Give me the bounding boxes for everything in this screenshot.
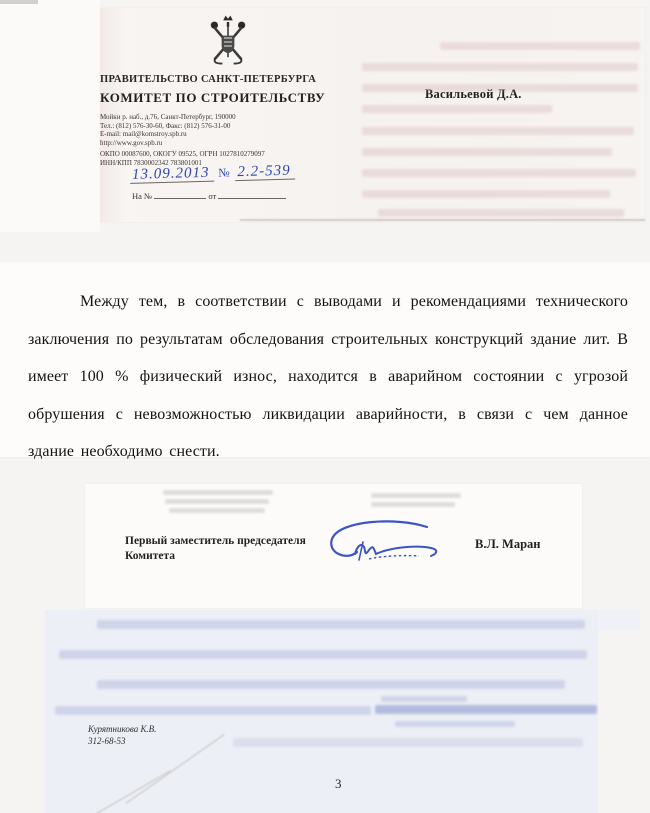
footer-fragment: Курятникова К.В. 312-68-53 3: [45, 610, 598, 813]
outgoing-date-handwriting: 13.09.2013: [130, 165, 214, 184]
bleed-through-line: [165, 499, 269, 504]
address-line: http://www.gov.spb.ru: [100, 139, 365, 148]
outgoing-number-handwriting: 2.2-539: [235, 163, 295, 182]
saint-petersburg-coat-of-arms-icon: [204, 13, 252, 71]
number-symbol: №: [218, 165, 231, 179]
bleed-through-line: [362, 63, 638, 71]
government-title: ПРАВИТЕЛЬСТВО САНКТ-ПЕТЕРБУРГА: [100, 74, 365, 85]
bleed-through-line: [371, 493, 461, 498]
executor-phone: 312-68-53: [88, 735, 156, 747]
signer-position-title: Первый заместитель председателя Комитета: [125, 534, 306, 564]
incoming-prefix-label: На №: [132, 191, 152, 201]
signer-title-line1: Первый заместитель председателя: [125, 534, 306, 549]
bleed-through-line: [362, 127, 634, 135]
bleed-through-line: [59, 650, 587, 659]
bleed-through-line: [375, 705, 597, 714]
bleed-through-line: [362, 105, 552, 113]
letterhead-fragment: ПРАВИТЕЛЬСТВО САНКТ-ПЕТЕРБУРГА КОМИТЕТ П…: [100, 8, 645, 222]
scan-fragment-edge: [598, 610, 640, 630]
handwritten-signature: [323, 518, 448, 573]
incoming-date-blank: [218, 189, 286, 199]
bleed-through-line: [169, 508, 265, 513]
bleed-through-line: [440, 42, 640, 50]
incoming-number-blank: [154, 189, 206, 199]
bleed-through-line: [362, 148, 612, 156]
scan-background-patch: [0, 0, 100, 232]
bleed-through-line: [371, 502, 455, 507]
executor-name: Курятникова К.В.: [88, 723, 156, 735]
page-number: 3: [335, 776, 342, 792]
bleed-through-line: [362, 190, 610, 198]
bleed-through-line: [55, 706, 371, 715]
bleed-through-line: [378, 209, 624, 217]
body-text-fragment: Между тем, в соответствии с выводами и р…: [0, 262, 650, 457]
committee-title: КОМИТЕТ ПО СТРОИТЕЛЬСТВУ: [100, 90, 365, 106]
bleed-through-line: [233, 738, 583, 747]
body-paragraph: Между тем, в соответствии с выводами и р…: [28, 283, 628, 471]
bleed-through-line: [97, 680, 565, 689]
bleed-through-line: [97, 620, 585, 629]
signer-name: В.Л. Маран: [475, 537, 540, 552]
incoming-from-label: от: [208, 191, 216, 201]
signature-fragment: Первый заместитель председателя Комитета…: [85, 484, 582, 608]
bleed-through-line: [395, 721, 515, 727]
bleed-through-line: [362, 84, 638, 92]
registration-line: ОКПО 00087600, ОКОГУ 09525, ОГРН 1027810…: [100, 150, 365, 159]
address-line: Мойки р. наб., д.76, Санкт-Петербург, 19…: [100, 113, 365, 122]
letterhead-address-block: Мойки р. наб., д.76, Санкт-Петербург, 19…: [100, 113, 365, 147]
bleed-through-line: [381, 696, 467, 702]
bleed-through-line: [163, 490, 273, 495]
executor-contact-block: Курятникова К.В. 312-68-53: [88, 723, 156, 747]
incoming-reference-line: На № от: [132, 189, 286, 201]
address-line: Тел.: (812) 576-30-60, Факс: (812) 576-3…: [100, 122, 365, 131]
address-line: E-mail: mail@komstroy.spb.ru: [100, 130, 365, 139]
scan-fragment-edge: [240, 219, 645, 221]
scanned-letter-page: ПРАВИТЕЛЬСТВО САНКТ-ПЕТЕРБУРГА КОМИТЕТ П…: [0, 0, 650, 813]
scan-artifact-strip: [0, 0, 38, 4]
signer-title-line2: Комитета: [125, 549, 306, 564]
bleed-through-line: [362, 169, 636, 177]
pencil-mark: [93, 770, 172, 813]
